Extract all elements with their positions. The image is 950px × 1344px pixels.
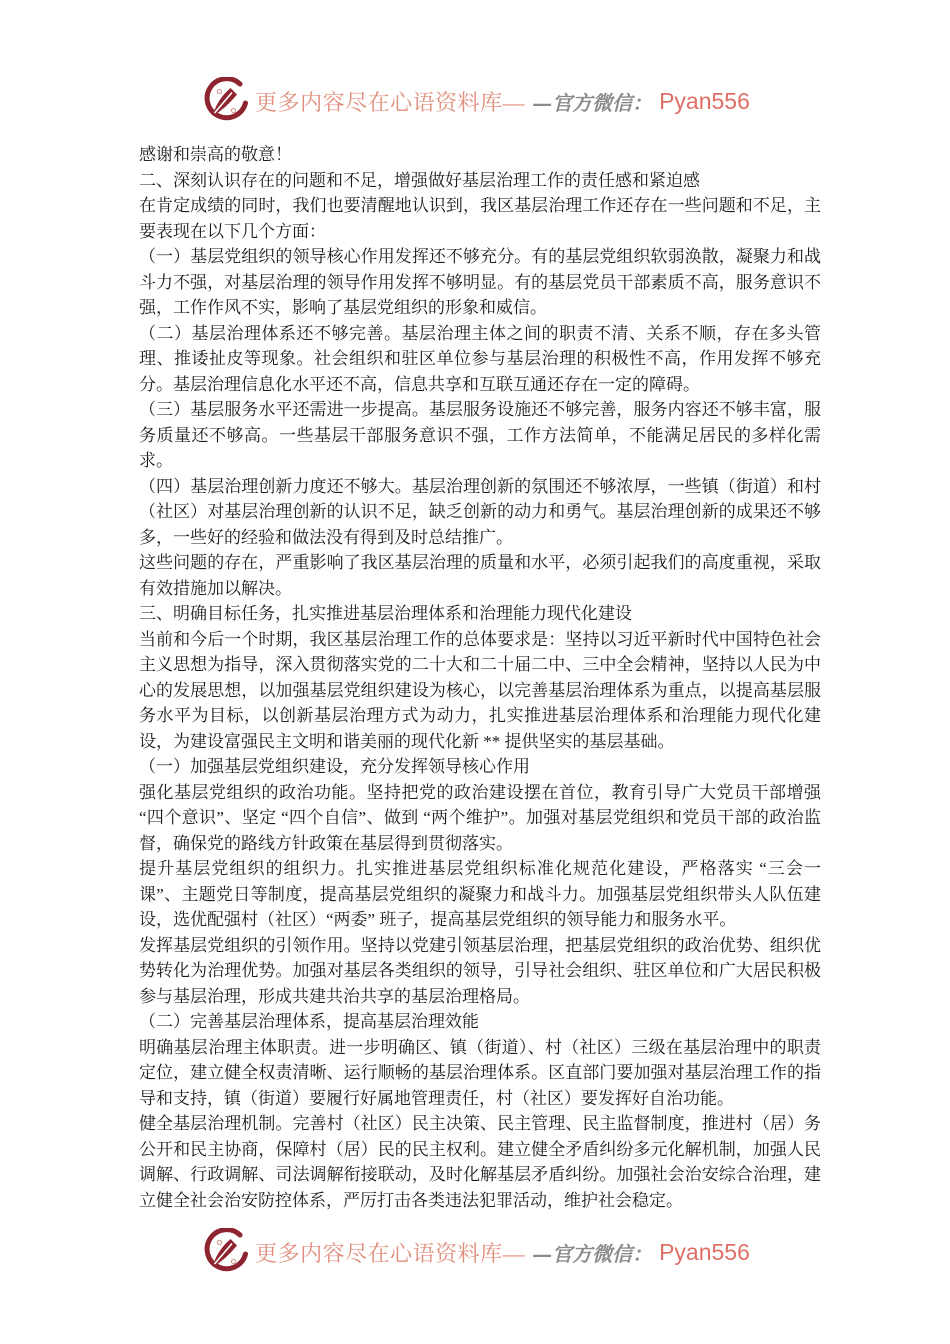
document-body: 感谢和崇高的敬意！ 二、深刻认识存在的问题和不足，增强做好基层治理工作的责任感和…	[139, 142, 821, 1213]
pen-swirl-logo-icon	[200, 1228, 248, 1276]
paragraph-intro-problems: 在肯定成绩的同时，我们也要清醒地认识到，我区基层治理工作还存在一些问题和不足，主…	[139, 193, 821, 244]
watermark-brand-text: 更多内容尽在心语资料库—	[255, 1237, 525, 1268]
heading-section-2: 二、深刻认识存在的问题和不足，增强做好基层治理工作的责任感和紧迫感	[139, 168, 821, 194]
paragraph-problem-2: （二）基层治理体系还不够完善。基层治理主体之间的职责不清、关系不顺，存在多头管理…	[139, 321, 821, 398]
heading-subsection-3-2: （二）完善基层治理体系，提高基层治理效能	[139, 1009, 821, 1035]
watermark-header: 更多内容尽在心语资料库— —官方微信： Pyan556	[0, 76, 950, 126]
paragraph-closing-thanks: 感谢和崇高的敬意！	[139, 142, 821, 168]
watermark-wechat-id: Pyan556	[659, 1239, 750, 1266]
paragraph-problems-summary: 这些问题的存在，严重影响了我区基层治理的质量和水平，必须引起我们的高度重视，采取…	[139, 550, 821, 601]
heading-subsection-3-1: （一）加强基层党组织建设，充分发挥领导核心作用	[139, 754, 821, 780]
watermark-wechat-label: —官方微信：	[532, 87, 652, 116]
pen-swirl-logo-icon	[200, 77, 248, 125]
paragraph-problem-1: （一）基层党组织的领导核心作用发挥还不够充分。有的基层党组织软弱涣散，凝聚力和战…	[139, 244, 821, 321]
paragraph-political-function: 强化基层党组织的政治功能。坚持把党的政治建设摆在首位，教育引导广大党员干部增强“…	[139, 780, 821, 857]
document-page: 更多内容尽在心语资料库— —官方微信： Pyan556 感谢和崇高的敬意！ 二、…	[0, 0, 950, 1344]
paragraph-organizational-strength: 提升基层党组织的组织力。扎实推进基层党组织标准化规范化建设，严格落实 “三会一课…	[139, 856, 821, 933]
watermark-wechat-id: Pyan556	[659, 88, 750, 115]
watermark-footer: 更多内容尽在心语资料库— —官方微信： Pyan556	[0, 1227, 950, 1277]
watermark-wechat-label: —官方微信：	[532, 1238, 652, 1267]
paragraph-governance-mechanisms: 健全基层治理机制。完善村（社区）民主决策、民主管理、民主监督制度，推进村（居）务…	[139, 1111, 821, 1213]
paragraph-overall-requirements: 当前和今后一个时期，我区基层治理工作的总体要求是：坚持以习近平新时代中国特色社会…	[139, 627, 821, 755]
paragraph-governance-responsibilities: 明确基层治理主体职责。进一步明确区、镇（街道）、村（社区）三级在基层治理中的职责…	[139, 1035, 821, 1112]
paragraph-problem-4: （四）基层治理创新力度还不够大。基层治理创新的氛围还不够浓厚，一些镇（街道）和村…	[139, 474, 821, 551]
heading-section-3: 三、明确目标任务，扎实推进基层治理体系和治理能力现代化建设	[139, 601, 821, 627]
paragraph-leading-role: 发挥基层党组织的引领作用。坚持以党建引领基层治理，把基层党组织的政治优势、组织优…	[139, 933, 821, 1010]
watermark-brand-text: 更多内容尽在心语资料库—	[255, 86, 525, 117]
paragraph-problem-3: （三）基层服务水平还需进一步提高。基层服务设施还不够完善，服务内容还不够丰富，服…	[139, 397, 821, 474]
